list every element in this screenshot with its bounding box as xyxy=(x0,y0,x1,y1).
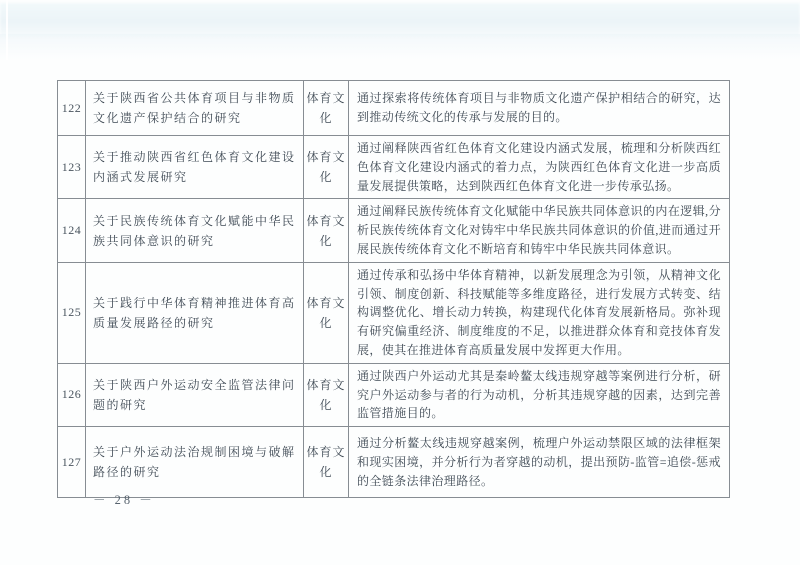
scanner-tint-fade xyxy=(0,34,800,60)
topic-description: 通过传承和弘扬中华体育精神，以新发展理念为引领，从精神文化引领、制度创新、科技赋… xyxy=(349,262,730,363)
table-row: 122 关于陕西省公共体育项目与非物质文化遗产保护结合的研究 体育文化 通过探索… xyxy=(58,81,730,136)
topic-category: 体育文化 xyxy=(304,199,349,262)
table-row: 124 关于民族传统体育文化赋能中华民族共同体意识的研究 体育文化 通过阐释民族… xyxy=(58,199,730,262)
page-number: － 28 － xyxy=(93,490,155,508)
topic-title: 关于践行中华体育精神推进体育高质量发展路径的研究 xyxy=(86,262,304,363)
topic-number: 126 xyxy=(58,363,86,426)
topic-description: 通过阐释民族传统体育文化赋能中华民族共同体意识的内在逻辑,分析民族传统体育文化对… xyxy=(349,199,730,262)
table-row: 123 关于推动陕西省红色体育文化建设内涵式发展研究 体育文化 通过阐释陕西省红… xyxy=(58,136,730,199)
topic-number: 124 xyxy=(58,199,86,262)
topic-number: 122 xyxy=(58,81,86,136)
table-row: 125 关于践行中华体育精神推进体育高质量发展路径的研究 体育文化 通过传承和弘… xyxy=(58,262,730,363)
topic-title: 关于陕西户外运动安全监管法律问题的研究 xyxy=(86,363,304,426)
topic-title: 关于陕西省公共体育项目与非物质文化遗产保护结合的研究 xyxy=(86,81,304,136)
topic-category: 体育文化 xyxy=(304,262,349,363)
scan-edge-artifact xyxy=(6,0,8,60)
topic-category: 体育文化 xyxy=(304,81,349,136)
table-row: 126 关于陕西户外运动安全监管法律问题的研究 体育文化 通过陕西户外运动尤其是… xyxy=(58,363,730,426)
topic-number: 123 xyxy=(58,136,86,199)
topic-title: 关于推动陕西省红色体育文化建设内涵式发展研究 xyxy=(86,136,304,199)
table-row: 127 关于户外运动法治规制困境与破解路径的研究 体育文化 通过分析鳌太线违规穿… xyxy=(58,427,730,498)
topic-title: 关于户外运动法治规制困境与破解路径的研究 xyxy=(86,427,304,498)
topic-description: 通过陕西户外运动尤其是秦岭鳌太线违规穿越等案例进行分析，研究户外运动参与者的行为… xyxy=(349,363,730,426)
topic-number: 125 xyxy=(58,262,86,363)
topic-description: 通过阐释陕西省红色体育文化建设内涵式发展，梳理和分析陕西红色体育文化建设内涵式的… xyxy=(349,136,730,199)
topic-number: 127 xyxy=(58,427,86,498)
topic-description: 通过分析鳌太线违规穿越案例，梳理户外运动禁限区域的法律框架和现实困境，并分析行为… xyxy=(349,427,730,498)
topic-title: 关于民族传统体育文化赋能中华民族共同体意识的研究 xyxy=(86,199,304,262)
topic-description: 通过探索将传统体育项目与非物质文化遗产保护相结合的研究，达到推动传统文化的传承与… xyxy=(349,81,730,136)
topic-category: 体育文化 xyxy=(304,136,349,199)
topic-category: 体育文化 xyxy=(304,363,349,426)
topic-category: 体育文化 xyxy=(304,427,349,498)
research-topics-table: 122 关于陕西省公共体育项目与非物质文化遗产保护结合的研究 体育文化 通过探索… xyxy=(57,80,730,498)
scanner-tint-band xyxy=(0,3,800,37)
